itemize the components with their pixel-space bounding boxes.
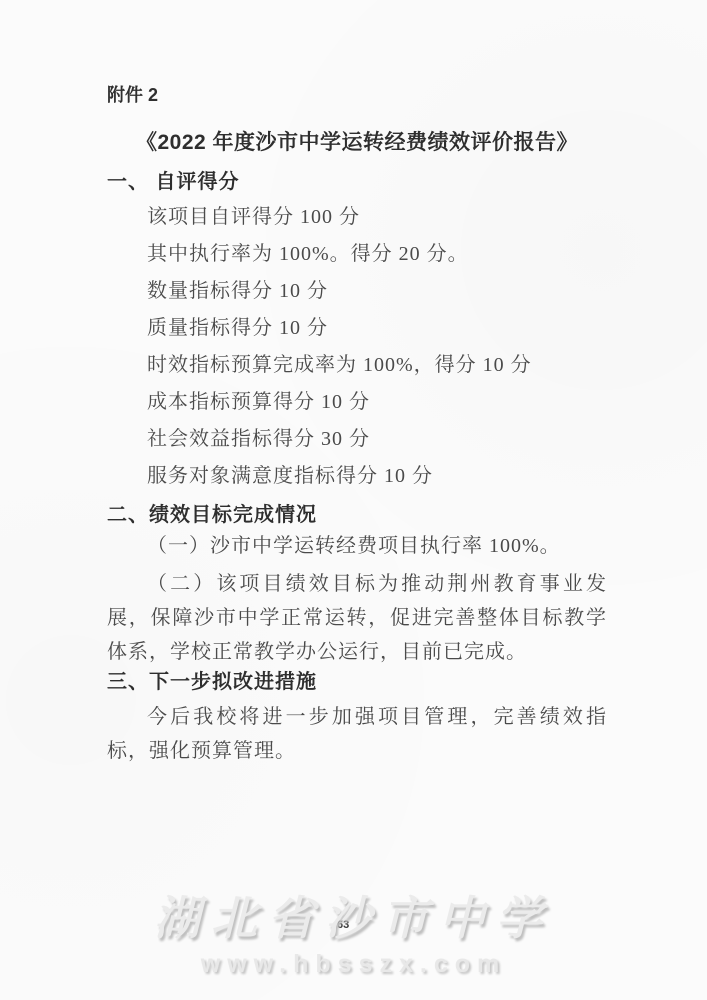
page-number: 63 <box>337 919 349 931</box>
score-line: 服务对象满意度指标得分 10 分 <box>147 465 607 487</box>
paragraph: 今后我校将进一步加强项目管理，完善绩效指标，强化预算管理。 <box>107 700 607 768</box>
score-line: 该项目自评得分 100 分 <box>147 206 607 228</box>
score-line: 质量指标得分 10 分 <box>147 317 607 339</box>
section-heading-next-improvement-measures: 三、下一步拟改进措施 <box>107 671 607 693</box>
document-title: 《2022 年度沙市中学运转经费绩效评价报告》 <box>107 131 607 155</box>
score-line: 时效指标预算完成率为 100%，得分 10 分 <box>147 354 607 376</box>
score-line: 成本指标预算得分 10 分 <box>147 391 607 413</box>
score-line: 其中执行率为 100%。得分 20 分。 <box>147 243 607 265</box>
attachment-label: 附件 2 <box>107 84 607 106</box>
paragraph: （二）该项目绩效目标为推动荆州教育事业发展，保障沙市中学正常运转，促进完善整体目… <box>107 567 607 669</box>
section-heading-self-evaluation-score: 一、 自评得分 <box>107 171 607 193</box>
watermark: 湖北省沙市中学 www.hbsszx.com <box>0 893 707 978</box>
section-heading-performance-target-completion: 二、绩效目标完成情况 <box>107 504 607 526</box>
paragraph: （一）沙市中学运转经费项目执行率 100%。 <box>107 535 607 557</box>
score-line: 社会效益指标得分 30 分 <box>147 428 607 450</box>
watermark-school-name: 湖北省沙市中学 <box>0 893 707 945</box>
document-content: 附件 2 《2022 年度沙市中学运转经费绩效评价报告》 一、 自评得分 该项目… <box>107 84 607 768</box>
watermark-website: www.hbsszx.com <box>0 950 707 978</box>
document-page: 附件 2 《2022 年度沙市中学运转经费绩效评价报告》 一、 自评得分 该项目… <box>0 0 707 1000</box>
score-line: 数量指标得分 10 分 <box>147 280 607 302</box>
